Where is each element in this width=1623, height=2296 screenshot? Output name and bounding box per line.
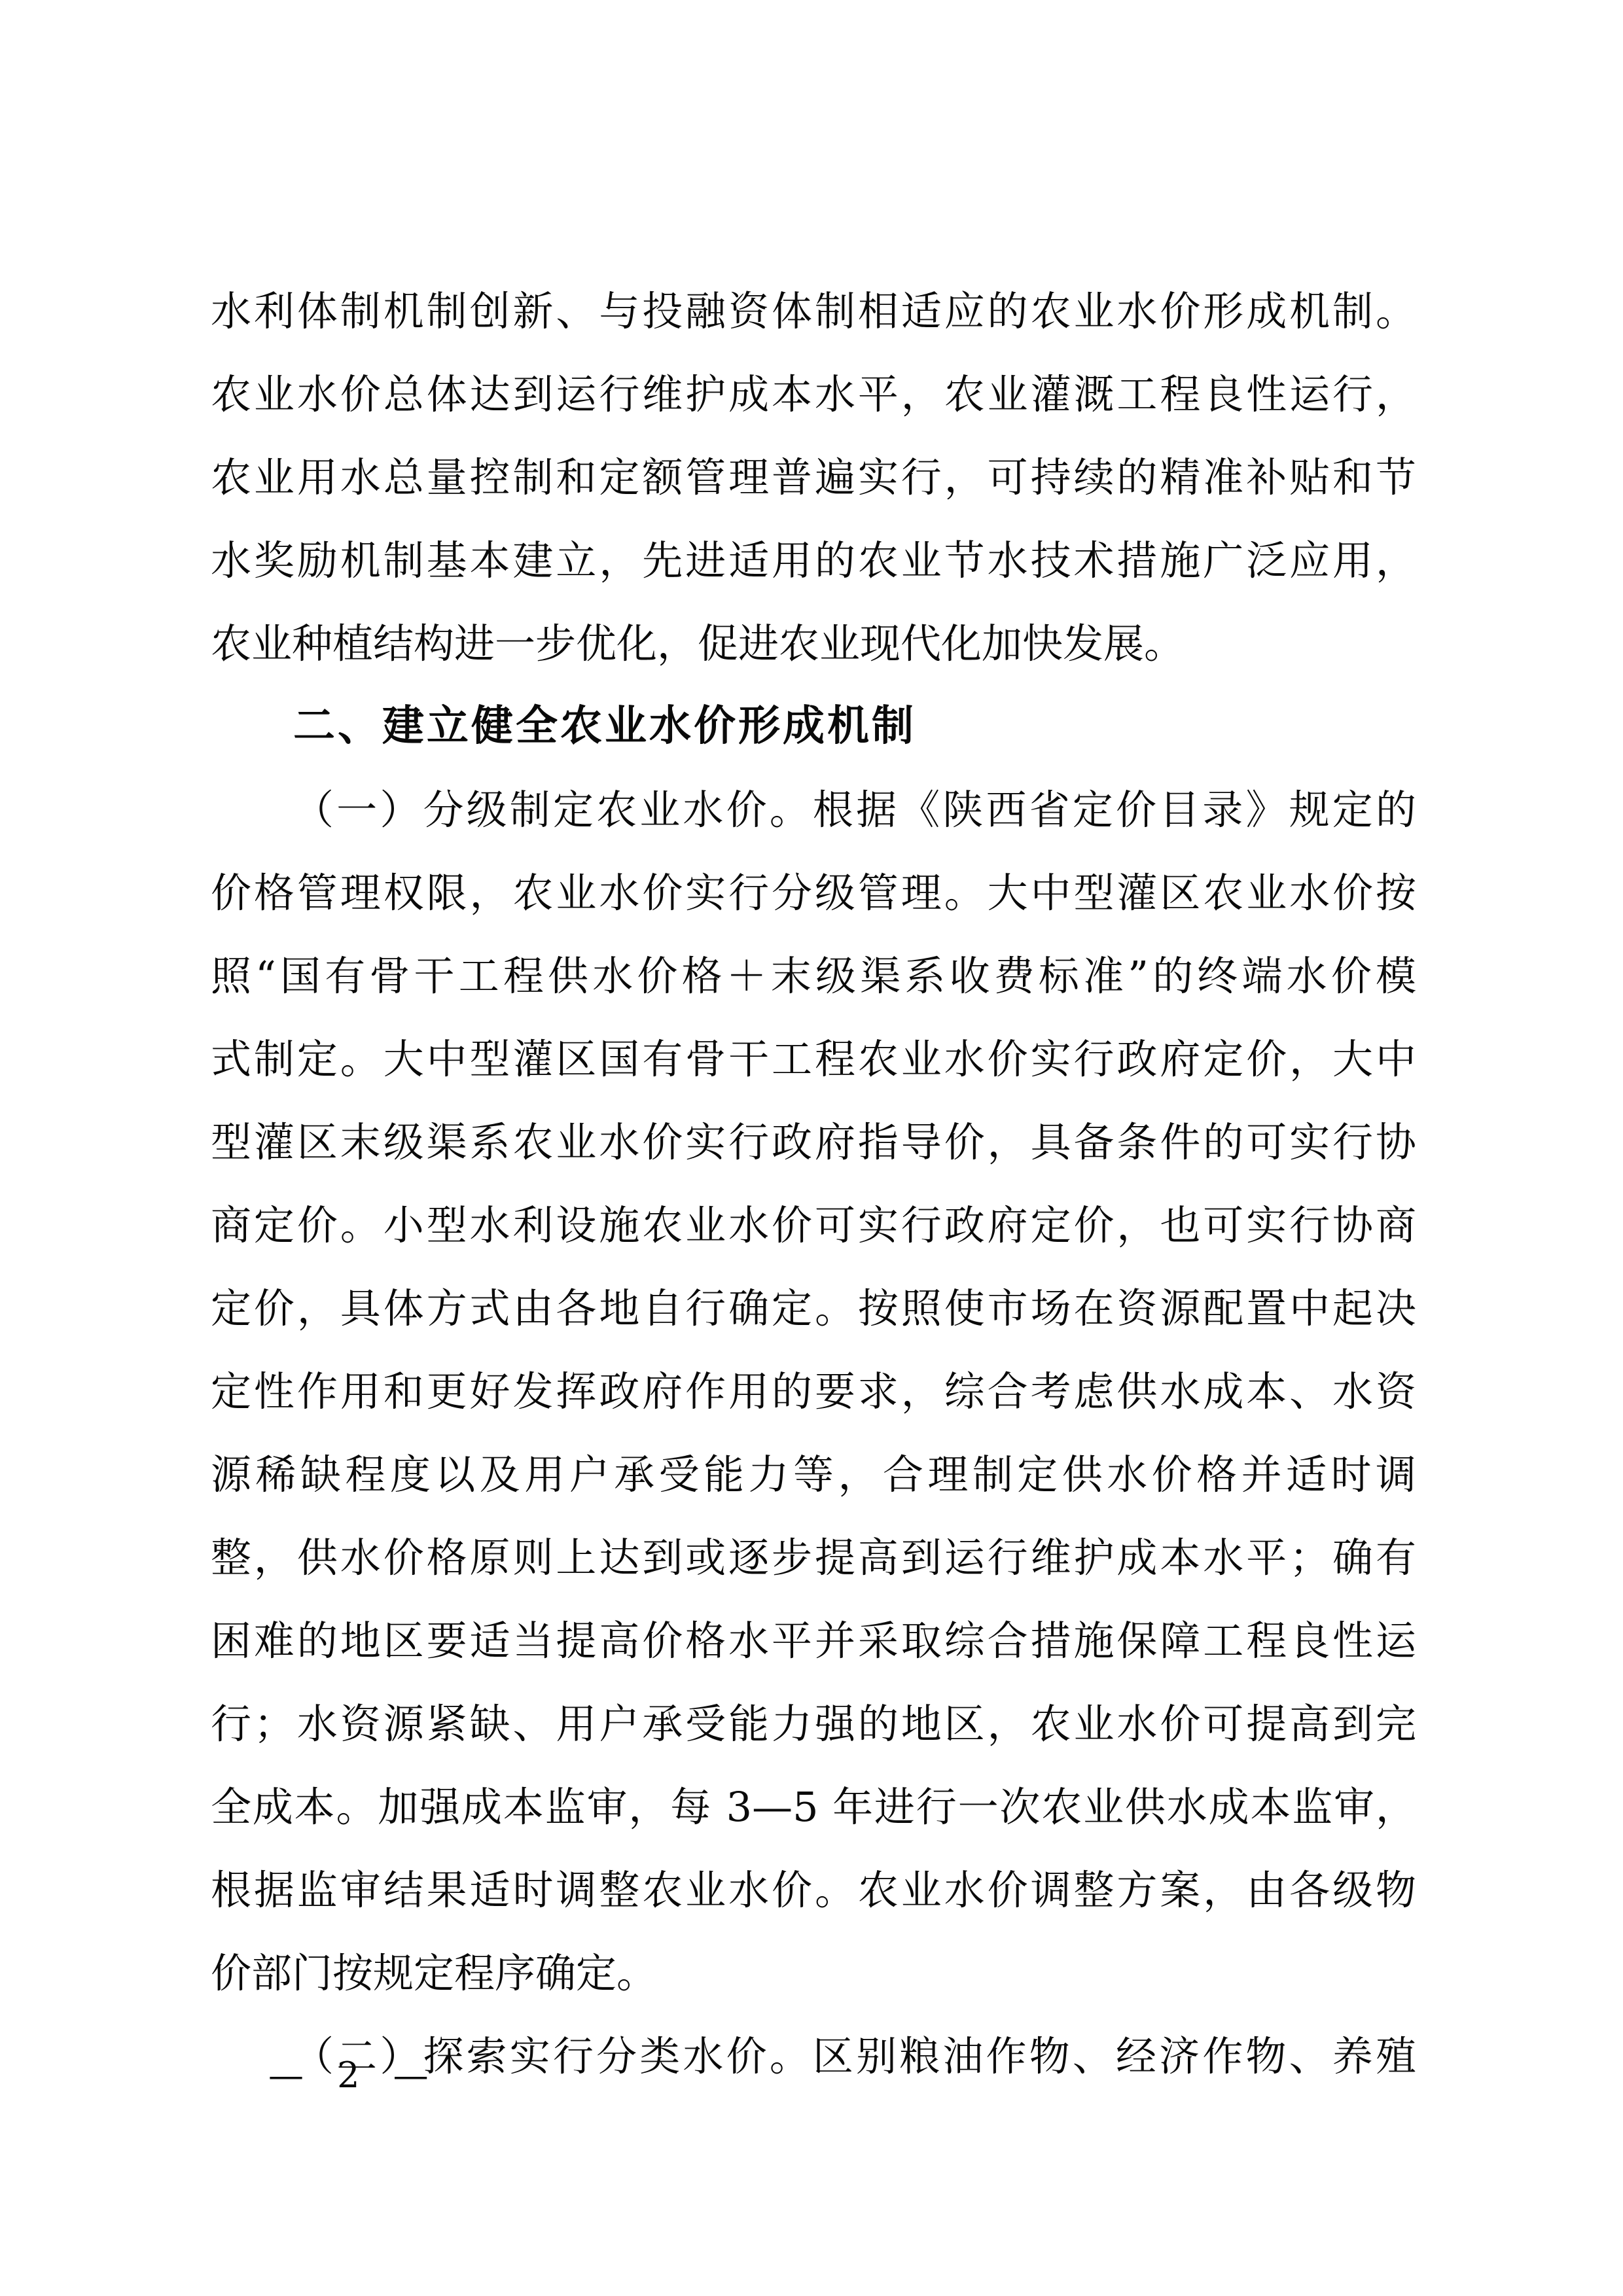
section-heading: 二、建立健全农业水价形成机制 [211, 685, 1416, 768]
line-text: 困难的地区要适当提高价格水平并采取综合措施保障工程良性运 [211, 1617, 1416, 1665]
line-text: 定价，具体方式由各地自行确定。按照使市场在资源配置中起决 [211, 1284, 1416, 1332]
text-line: 源稀缺程度以及用户承受能力等，合理制定供水价格并适时调 [211, 1433, 1416, 1516]
line-text: 全成本。加强成本监审，每 3—5 年进行一次农业供水成本监审， [211, 1783, 1416, 1831]
line-text: 水奖励机制基本建立，先进适用的农业节水技术措施广泛应用， [211, 537, 1416, 584]
line-text: 定性作用和更好发挥政府作用的要求，综合考虑供水成本、水资 [211, 1368, 1416, 1415]
line-text: 价格管理权限，农业水价实行分级管理。大中型灌区农业水价按 [211, 869, 1416, 917]
text-line: 农业用水总量控制和定额管理普遍实行，可持续的精准补贴和节 [211, 436, 1416, 519]
line-text: 照“国有骨干工程供水价格＋末级渠系收费标准”的终端水价模 [211, 952, 1416, 1000]
line-text: 商定价。小型水利设施农业水价可实行政府定价，也可实行协商 [211, 1201, 1416, 1249]
document-body: 水利体制机制创新、与投融资体制相适应的农业水价形成机制。 农业水价总体达到运行维… [211, 270, 1416, 2098]
line-text: 农业水价总体达到运行维护成本水平，农业灌溉工程良性运行， [211, 370, 1416, 418]
text-line: 农业水价总体达到运行维护成本水平，农业灌溉工程良性运行， [211, 353, 1416, 436]
subsection-lead: （一）分级制定农业水价。 [293, 788, 813, 833]
text-line: 水奖励机制基本建立，先进适用的农业节水技术措施广泛应用， [211, 519, 1416, 602]
line-text: 根据《陕西省定价目录》规定的 [813, 786, 1416, 834]
line-text: 农业用水总量控制和定额管理普遍实行，可持续的精准补贴和节 [211, 453, 1416, 501]
line-text: 式制定。大中型灌区国有骨干工程农业水价实行政府定价，大中 [211, 1035, 1416, 1083]
text-line: 价部门按规定程序确定。 [211, 1932, 1416, 2015]
text-line: 价格管理权限，农业水价实行分级管理。大中型灌区农业水价按 [211, 851, 1416, 934]
line-text: 价部门按规定程序确定。 [211, 1949, 657, 1997]
text-line: 整，供水价格原则上达到或逐步提高到运行维护成本水平；确有 [211, 1516, 1416, 1599]
text-line: 根据监审结果适时调整农业水价。农业水价调整方案，由各级物 [211, 1848, 1416, 1932]
text-line: 农业种植结构进一步优化，促进农业现代化加快发展。 [211, 602, 1416, 685]
text-line: 行；水资源紧缺、用户承受能力强的地区，农业水价可提高到完 [211, 1682, 1416, 1765]
line-text: 区别粮油作物、经济作物、养殖 [813, 2032, 1416, 2080]
page-number: — 2 — [268, 2055, 435, 2096]
line-text: 源稀缺程度以及用户承受能力等，合理制定供水价格并适时调 [211, 1451, 1416, 1498]
text-line: 定价，具体方式由各地自行确定。按照使市场在资源配置中起决 [211, 1267, 1416, 1350]
line-text: 行；水资源紧缺、用户承受能力强的地区，农业水价可提高到完 [211, 1700, 1416, 1748]
line-text: 型灌区末级渠系农业水价实行政府指导价，具备条件的可实行协 [211, 1118, 1416, 1166]
text-line: 困难的地区要适当提高价格水平并采取综合措施保障工程良性运 [211, 1599, 1416, 1682]
text-line: （一）分级制定农业水价。根据《陕西省定价目录》规定的 [211, 768, 1416, 851]
line-text: 水利体制机制创新、与投融资体制相适应的农业水价形成机制。 [211, 287, 1416, 335]
text-line: 商定价。小型水利设施农业水价可实行政府定价，也可实行协商 [211, 1184, 1416, 1267]
text-line: 水利体制机制创新、与投融资体制相适应的农业水价形成机制。 [211, 270, 1416, 353]
line-text: 整，供水价格原则上达到或逐步提高到运行维护成本水平；确有 [211, 1534, 1416, 1581]
document-page: 水利体制机制创新、与投融资体制相适应的农业水价形成机制。 农业水价总体达到运行维… [0, 0, 1623, 2296]
text-line: 定性作用和更好发挥政府作用的要求，综合考虑供水成本、水资 [211, 1350, 1416, 1433]
text-line: 式制定。大中型灌区国有骨干工程农业水价实行政府定价，大中 [211, 1017, 1416, 1101]
text-line: 全成本。加强成本监审，每 3—5 年进行一次农业供水成本监审， [211, 1765, 1416, 1848]
heading-text: 二、建立健全农业水价形成机制 [293, 702, 916, 751]
text-line: 照“国有骨干工程供水价格＋末级渠系收费标准”的终端水价模 [211, 934, 1416, 1017]
line-text: 根据监审结果适时调整农业水价。农业水价调整方案，由各级物 [211, 1866, 1416, 1914]
line-text: 农业种植结构进一步优化，促进农业现代化加快发展。 [211, 620, 1185, 667]
text-line: 型灌区末级渠系农业水价实行政府指导价，具备条件的可实行协 [211, 1101, 1416, 1184]
